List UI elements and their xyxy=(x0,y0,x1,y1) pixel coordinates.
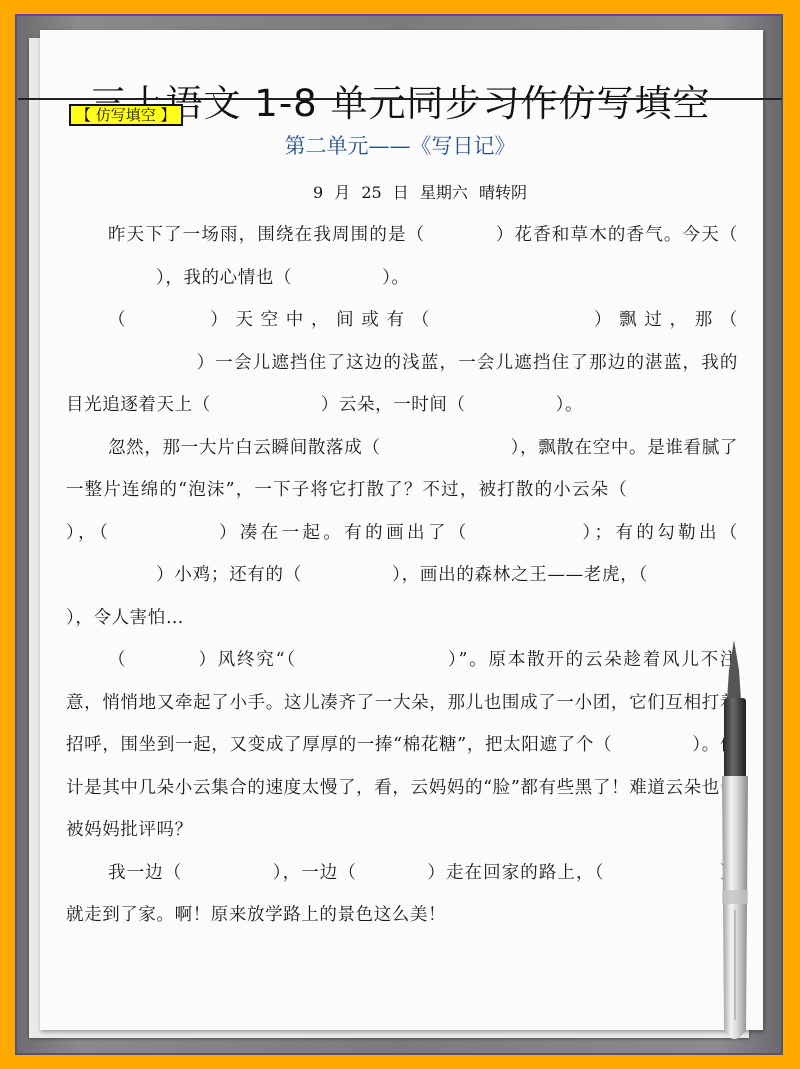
section-tag: 【 仿写填空 】 xyxy=(69,104,183,126)
diary-dateline: 9 月 25 日 星期六 晴转阴 xyxy=(0,180,800,203)
paragraph-text: ）小鸡；还有的（ xyxy=(156,565,302,585)
paragraph-text: ），（ xyxy=(66,523,111,543)
paragraph-text: ）天空中，间或有（ xyxy=(203,310,437,330)
exercise-body: 昨天下了一场雨，围绕在我周围的是（）花香和草木的香气。今天（），我的心情也（）。… xyxy=(66,214,738,937)
paragraph-text: （ xyxy=(108,310,133,330)
paragraph-text: ）凑在一起。有的画出了（ xyxy=(216,523,469,543)
paragraph-text: ），令人害怕… xyxy=(66,608,184,628)
paragraph: 我一边（），一边（）走在回家的路上，（）就走到了家。啊！原来放学路上的景色这么美… xyxy=(66,852,738,937)
paragraph: （）风终究“（）”。原本散开的云朵趁着风儿不注意，悄悄地又牵起了小手。这儿凑齐了… xyxy=(66,639,738,852)
paragraph-text: 昨天下了一场雨，围绕在我周围的是（ xyxy=(108,225,425,245)
paragraph-text: ）走在回家的路上，（ xyxy=(427,863,605,883)
paragraph-text: ），画出的森林之王——老虎，（ xyxy=(392,565,648,585)
paragraph-text: ）”。原本散开的云朵趁着风儿不注意，悄悄地又牵起了小手。这儿凑齐了一大朵，那儿也… xyxy=(66,650,738,755)
paragraph: 忽然，那一大片白云瞬间散落成（），飘散在空中。是谁看腻了一整片连绵的“泡沫”，一… xyxy=(66,427,738,640)
unit-subtitle: 第二单元——《写日记》 xyxy=(0,130,800,160)
paragraph: （）天空中，间或有（）飘过，那（）一会儿遮挡住了这边的浅蓝，一会儿遮挡住了那边的… xyxy=(66,299,738,427)
fountain-pen-icon xyxy=(708,640,760,1050)
title-divider xyxy=(18,98,782,100)
paragraph: 昨天下了一场雨，围绕在我周围的是（）花香和草木的香气。今天（），我的心情也（）。 xyxy=(66,214,738,299)
paragraph-text: （ xyxy=(108,650,127,670)
paragraph-text: ），一边（ xyxy=(272,863,357,883)
paragraph-text: 忽然，那一大片白云瞬间散落成（ xyxy=(108,438,381,458)
paragraph-text: ）花香和草木的香气。今天（ xyxy=(495,225,738,245)
paragraph-text: ），我的心情也（ xyxy=(156,268,292,288)
paragraph-text: ）云朵，一时间（ xyxy=(321,395,466,415)
paragraph-text: ）。 xyxy=(556,395,583,415)
paragraph-text: ）。 xyxy=(382,268,409,288)
paragraph-text: ）风终究“（ xyxy=(197,650,297,670)
paragraph-text: ）飘过，那（ xyxy=(587,310,738,330)
paragraph-text: 我一边（ xyxy=(108,863,182,883)
paragraph-text: ）；有的勾勒出（ xyxy=(580,523,738,543)
